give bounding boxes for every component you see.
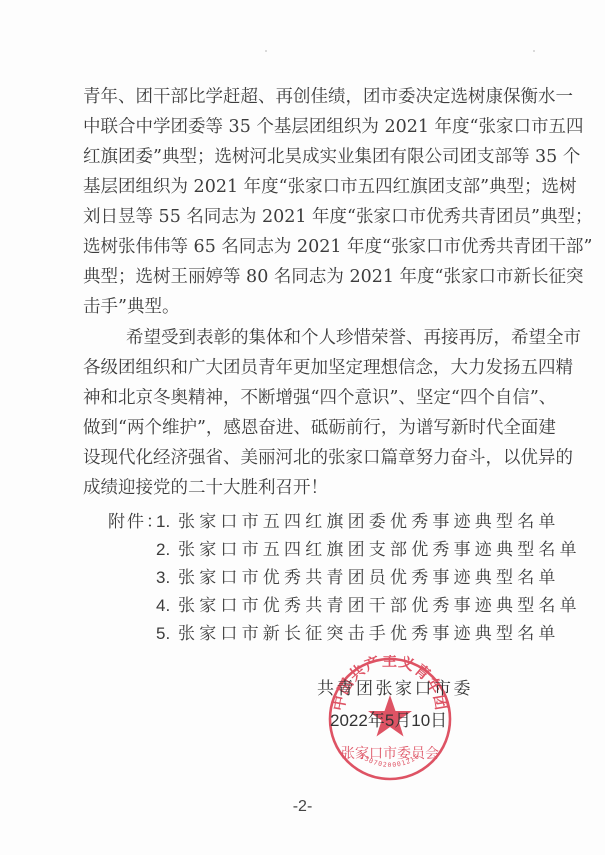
text-line: 设现代化经济强省、美丽河北的张家口篇章努力奋斗，以优异的 bbox=[83, 446, 538, 470]
text-line: 典型；选树王丽婷等 80 名同志为 2021 年度“张家口市新长征突 bbox=[83, 265, 538, 289]
attachment-item: 1.张家口市五四红旗团委优秀事迹典型名单 bbox=[156, 510, 560, 534]
text-line: 青年、团干部比学赶超、再创佳绩，团市委决定选树康保衡水一 bbox=[83, 85, 538, 109]
attachment-title: 张家口市优秀共青团员优秀事迹典型名单 bbox=[178, 568, 560, 588]
text-line: 神和北京冬奥精神，不断增强“四个意识”、坚定“四个自信”、 bbox=[83, 386, 538, 410]
attachment-title: 张家口市新长征突击手优秀事迹典型名单 bbox=[178, 624, 560, 644]
text-line: 成绩迎接党的二十大胜利召开！ bbox=[83, 476, 538, 500]
attachment-title: 张家口市五四红旗团委优秀事迹典型名单 bbox=[178, 512, 560, 532]
scan-speck bbox=[533, 50, 535, 52]
issue-date: 2022年5月10日 bbox=[330, 709, 447, 733]
attachment-number: 3. bbox=[156, 566, 178, 590]
text-line: 击手”典型。 bbox=[83, 295, 538, 319]
text-line: 选树张伟伟等 65 名同志为 2021 年度“张家口市优秀共青团干部” bbox=[83, 235, 538, 259]
attachment-number: 2. bbox=[156, 538, 178, 562]
document-page: 青年、团干部比学赶超、再创佳绩，团市委决定选树康保衡水一 中联合中学团委等 35… bbox=[0, 0, 605, 855]
attachment-item: 3.张家口市优秀共青团员优秀事迹典型名单 bbox=[156, 566, 560, 590]
text-line: 中联合中学团委等 35 个基层团组织为 2021 年度“张家口市五四 bbox=[83, 115, 538, 139]
text-line: 基层团组织为 2021 年度“张家口市五四红旗团支部”典型；选树 bbox=[83, 175, 538, 199]
text-line: 希望受到表彰的集体和个人珍惜荣誉、再接再厉，希望全市 bbox=[126, 326, 538, 350]
issuer-signature: 共青团张家口市委 bbox=[317, 677, 473, 701]
scan-speck bbox=[265, 50, 267, 52]
attachment-number: 5. bbox=[156, 622, 178, 646]
attachment-item: 5.张家口市新长征突击手优秀事迹典型名单 bbox=[156, 622, 560, 646]
page-number: -2- bbox=[0, 798, 605, 816]
attachment-number: 4. bbox=[156, 594, 178, 618]
seal-bottom-text: 张家口市委员会 bbox=[341, 746, 439, 762]
attachment-title: 张家口市五四红旗团支部优秀事迹典型名单 bbox=[178, 540, 581, 560]
text-line: 各级团组织和广大团员青年更加坚定理想信念，大力发扬五四精 bbox=[83, 356, 538, 380]
text-line: 做到“两个维护”，感恩奋进、砥砺前行，为谱写新时代全面建 bbox=[83, 416, 538, 440]
text-line: 红旗团委”典型；选树河北昊成实业集团有限公司团支部等 35 个 bbox=[83, 145, 538, 169]
attachment-title: 张家口市优秀共青团干部优秀事迹典型名单 bbox=[178, 596, 581, 616]
attachment-number: 1. bbox=[156, 510, 178, 534]
attachment-item: 2.张家口市五四红旗团支部优秀事迹典型名单 bbox=[156, 538, 581, 562]
attachment-item: 4.张家口市优秀共青团干部优秀事迹典型名单 bbox=[156, 594, 581, 618]
text-line: 刘日昱等 55 名同志为 2021 年度“张家口市优秀共青团员”典型； bbox=[83, 205, 538, 229]
